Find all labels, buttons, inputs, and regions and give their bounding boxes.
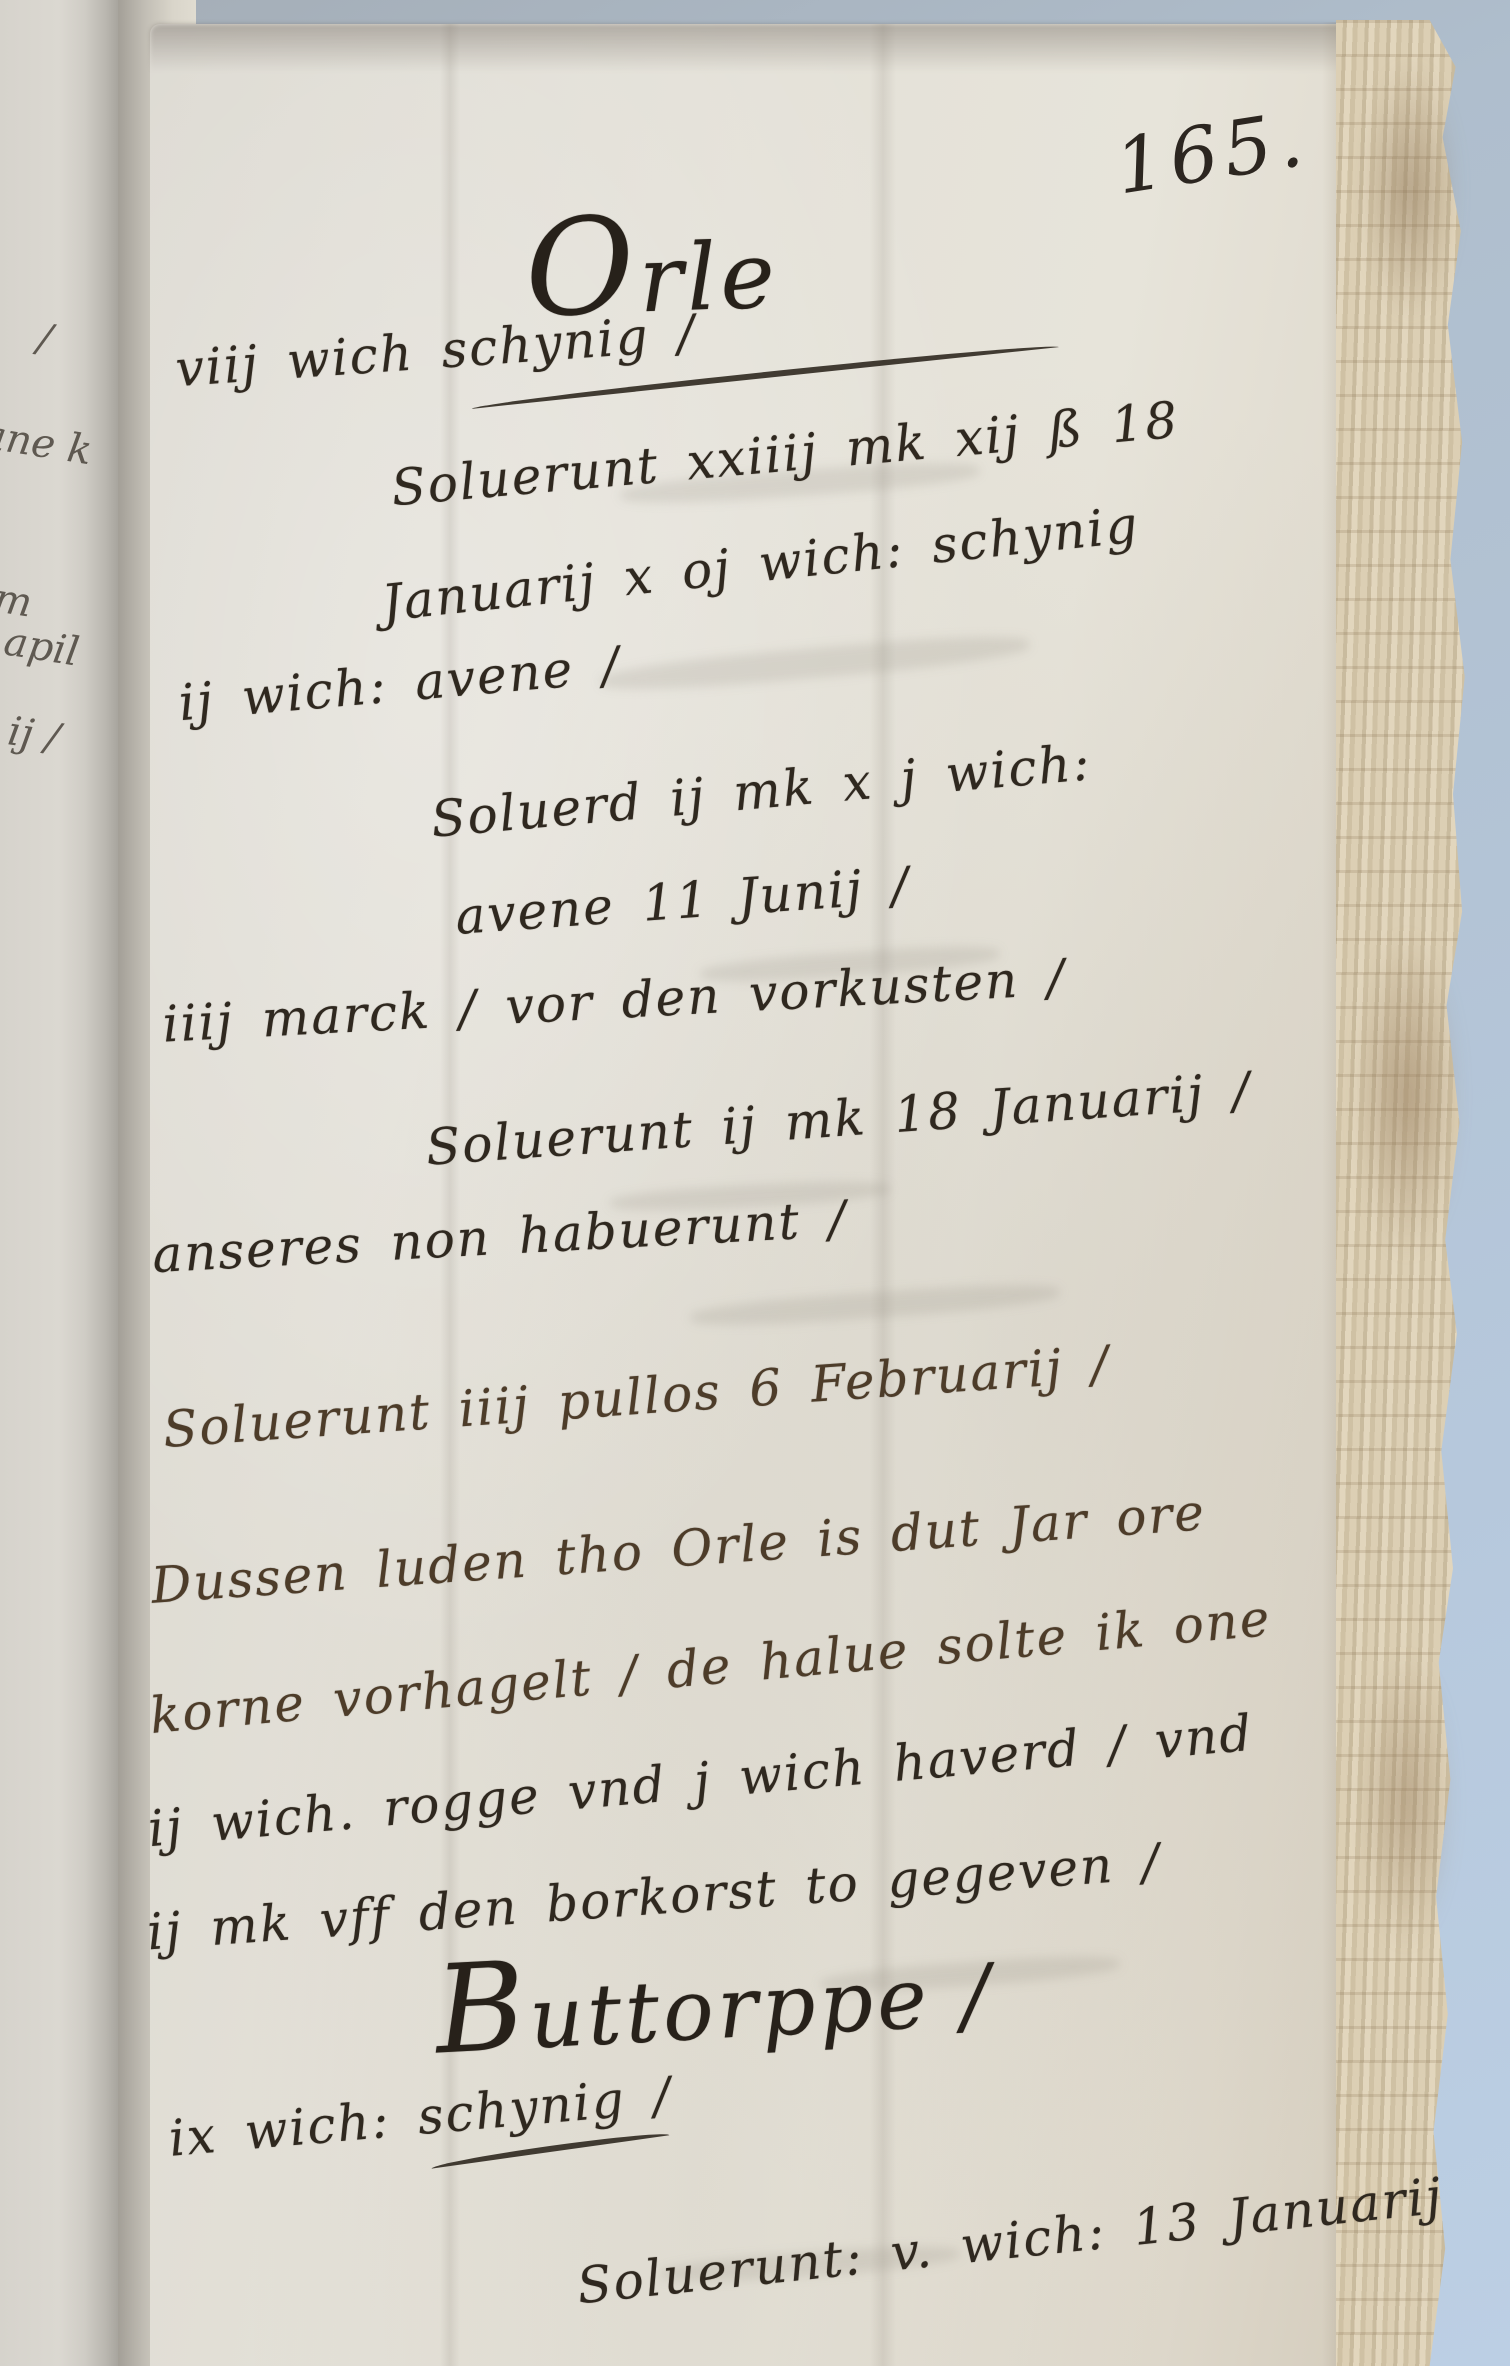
handwriting-layer: 165. Orle viij wich schynig / Soluerunt … bbox=[0, 0, 1510, 2366]
manuscript-line: ix wich: schynig / bbox=[166, 2066, 674, 2168]
manuscript-line: Januarij x oj wich: schynig bbox=[379, 495, 1142, 632]
section-heading-buttorppe: Buttorppe / bbox=[432, 1910, 997, 2081]
manuscript-line: Soluerunt iiij pullos 6 Februarij / bbox=[161, 1335, 1112, 1459]
manuscript-photo: / ane k m apil ij / 165. Orle viij wich … bbox=[0, 0, 1510, 2366]
manuscript-line: Soluerunt xxiiij mk xij ß 18 bbox=[389, 391, 1181, 518]
folio-number: 165. bbox=[1109, 93, 1314, 211]
manuscript-line: Soluerunt: v. wich: 13 Januarij bbox=[574, 2167, 1445, 2316]
manuscript-line: Soluerunt ij mk 18 Januarij / bbox=[424, 1061, 1253, 1177]
manuscript-line: anseres non habuerunt / bbox=[151, 1190, 849, 1284]
manuscript-line: viij wich schynig / bbox=[174, 304, 698, 398]
manuscript-line: Dussen luden tho Orle is dut Jar ore bbox=[149, 1483, 1207, 1615]
manuscript-line: ij wich: avene / bbox=[176, 636, 623, 732]
manuscript-line: iiij marck / vor den vorkusten / bbox=[161, 948, 1067, 1053]
manuscript-line: Soluerd ij mk x j wich: bbox=[429, 733, 1094, 848]
manuscript-line: avene 11 Junij / bbox=[454, 856, 912, 946]
